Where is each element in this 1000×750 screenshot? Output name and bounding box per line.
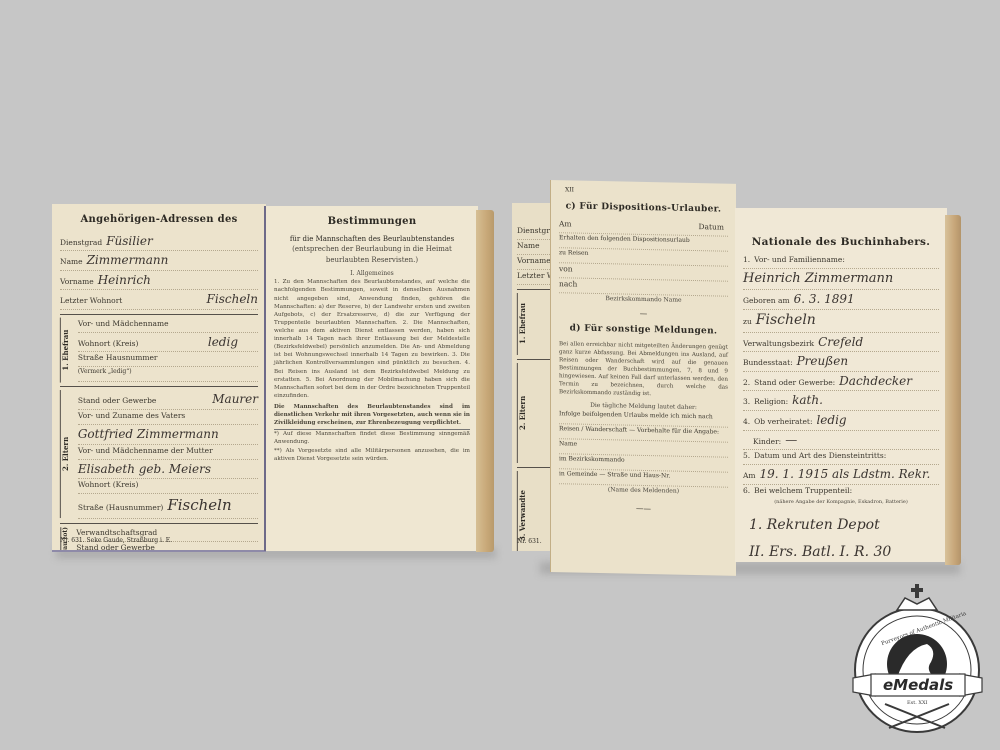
handwritten-value: Heinrich [98, 271, 151, 290]
regulations-text: 1. Zu den Mannschaften des Beurlaubtenst… [274, 278, 470, 400]
brand-name: eMedals [883, 676, 953, 694]
handwritten-value: Preußen [797, 352, 849, 371]
page-title: Nationale des Buchinhabers. [743, 234, 939, 250]
book-left-right-page: Bestimmungen für die Mannschaften des Be… [266, 206, 478, 551]
brand-est: Est. XXI [907, 700, 928, 706]
handwritten-value: Dachdecker [839, 372, 912, 391]
handwritten-value: 1. Rekruten Depot [749, 515, 939, 537]
page-title: Angehörigen-Adressen des [60, 212, 258, 228]
emedals-watermark-logo: eMedals Purveyors of Authentic Militaria… [845, 578, 990, 738]
handwritten-value: Füsilier [106, 232, 153, 251]
book-right-turned-page[interactable]: XII c) Für Dispositions-Urlauber. AmDatu… [550, 180, 736, 576]
handwritten-value: 6. 3. 1891 [794, 290, 855, 309]
handwritten-value: Heinrich Zimmermann [743, 269, 893, 289]
printer-note: Nr. 631. Seke Gaude, Straßburg i. E. [60, 537, 172, 544]
book-right-right-page: Nationale des Buchinhabers. 1.Vor- und F… [735, 208, 947, 562]
page-number: XII [565, 186, 574, 193]
handwritten-value: 19. 1. 1915 als Ldstm. Rekr. [760, 465, 931, 484]
handwritten-value: Fischeln [756, 310, 816, 332]
handwritten-value: Fischeln [167, 494, 231, 517]
section-eltern: 2. Eltern Stand oder GewerbeMaurer Vor- … [60, 386, 258, 518]
handwritten-value: kath. [792, 391, 823, 410]
book-left-left-page: Angehörigen-Adressen des DienstgradFüsil… [52, 204, 266, 552]
handwritten-value: ledig [208, 333, 238, 352]
crest-icon [845, 578, 990, 738]
handwritten-value: Crefeld [818, 333, 863, 352]
handwritten-value: Zimmermann [87, 251, 169, 270]
handwritten-value: Maurer [212, 390, 258, 409]
book-left-page-edges [476, 210, 494, 552]
handwritten-value: — [785, 431, 797, 450]
handwritten-value: II. Ers. Batl. I. R. 30 [749, 542, 939, 562]
field-row: NameZimmermann [60, 251, 258, 271]
section-ehefrau: 1. Ehefrau Vor- und Mädchenname Wohnort … [60, 314, 258, 383]
field-row: VornameHeinrich [60, 271, 258, 291]
handwritten-value: ledig [816, 411, 846, 430]
handwritten-value: Fischeln [207, 290, 258, 309]
field-row: Letzter WohnortFischeln [60, 290, 258, 310]
handwritten-value: Elisabeth geb. Meiers [78, 460, 211, 479]
book-right-page-edges [945, 215, 961, 565]
page-title: Bestimmungen [274, 214, 470, 230]
field-row: DienstgradFüsilier [60, 232, 258, 252]
handwritten-value: Gottfried Zimmermann [78, 425, 219, 444]
